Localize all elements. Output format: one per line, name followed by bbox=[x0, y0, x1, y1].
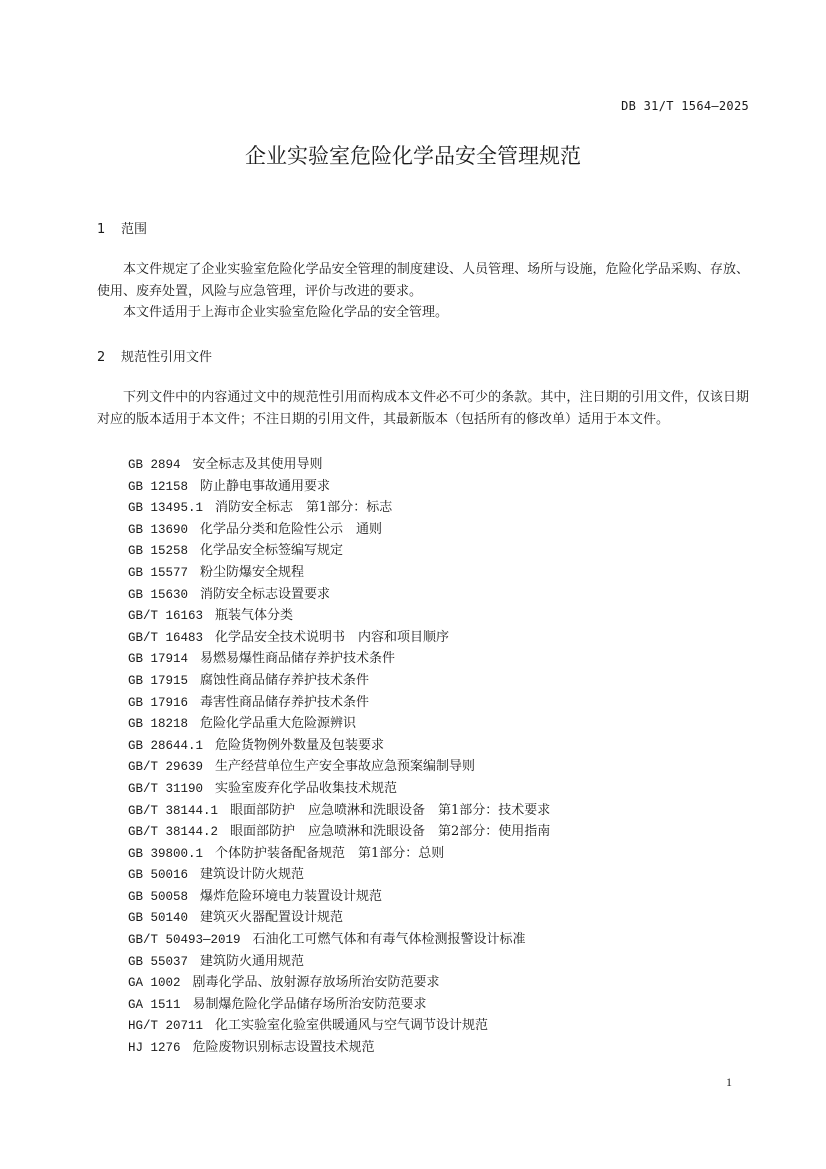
reference-title: 眼面部防护 应急喷淋和洗眼设备 第2部分：使用指南 bbox=[230, 824, 550, 839]
reference-title: 腐蚀性商品储存养护技术条件 bbox=[200, 673, 369, 688]
reference-code: GB 50140 bbox=[128, 911, 188, 925]
reference-code: GB 15630 bbox=[128, 588, 188, 602]
reference-code: GB 50016 bbox=[128, 868, 188, 882]
reference-item: GB 55037建筑防火通用规范 bbox=[128, 951, 550, 973]
reference-code: GB 12158 bbox=[128, 480, 188, 494]
reference-title: 毒害性商品储存养护技术条件 bbox=[200, 695, 369, 710]
reference-item: GB 15577粉尘防爆安全规程 bbox=[128, 562, 550, 584]
reference-code: GB 15577 bbox=[128, 566, 188, 580]
reference-code: GB/T 38144.2 bbox=[128, 825, 218, 839]
reference-item: GB 50058爆炸危险环境电力装置设计规范 bbox=[128, 886, 550, 908]
reference-item: GB 17915腐蚀性商品储存养护技术条件 bbox=[128, 670, 550, 692]
reference-item: GB/T 29639生产经营单位生产安全事故应急预案编制导则 bbox=[128, 756, 550, 778]
reference-title: 易制爆危险化学品储存场所治安防范要求 bbox=[193, 997, 427, 1012]
reference-code: GB 50058 bbox=[128, 890, 188, 904]
reference-item: GA 1511易制爆危险化学品储存场所治安防范要求 bbox=[128, 994, 550, 1016]
reference-title: 防止静电事故通用要求 bbox=[200, 479, 330, 494]
reference-item: GB 2894安全标志及其使用导则 bbox=[128, 454, 550, 476]
reference-item: GB 28644.1危险货物例外数量及包装要求 bbox=[128, 735, 550, 757]
reference-title: 生产经营单位生产安全事故应急预案编制导则 bbox=[215, 759, 475, 774]
reference-item: GB 17916毒害性商品储存养护技术条件 bbox=[128, 692, 550, 714]
section-heading-scope: 1范围 bbox=[97, 218, 147, 237]
scope-paragraph-2: 本文件适用于上海市企业实验室危险化学品的安全管理。 bbox=[97, 302, 749, 324]
reference-title: 剧毒化学品、放射源存放场所治安防范要求 bbox=[193, 975, 440, 990]
reference-item: GB/T 38144.1眼面部防护 应急喷淋和洗眼设备 第1部分：技术要求 bbox=[128, 800, 550, 822]
reference-item: HJ 1276危险废物识别标志设置技术规范 bbox=[128, 1037, 550, 1059]
reference-title: 安全标志及其使用导则 bbox=[193, 457, 323, 472]
reference-title: 化工实验室化验室供暖通风与空气调节设计规范 bbox=[215, 1018, 488, 1033]
reference-code: GB/T 38144.1 bbox=[128, 804, 218, 818]
reference-code: GB 17916 bbox=[128, 696, 188, 710]
section-title: 规范性引用文件 bbox=[121, 350, 212, 365]
reference-title: 危险货物例外数量及包装要求 bbox=[215, 738, 384, 753]
reference-code: GB 18218 bbox=[128, 717, 188, 731]
reference-item: GB/T 38144.2眼面部防护 应急喷淋和洗眼设备 第2部分：使用指南 bbox=[128, 821, 550, 843]
reference-code: GB 13690 bbox=[128, 523, 188, 537]
reference-title: 消防安全标志 第1部分：标志 bbox=[215, 500, 392, 515]
reference-code: GB 55037 bbox=[128, 955, 188, 969]
reference-item: GA 1002剧毒化学品、放射源存放场所治安防范要求 bbox=[128, 972, 550, 994]
reference-title: 化学品安全标签编写规定 bbox=[200, 543, 343, 558]
reference-item: GB/T 31190实验室废弃化学品收集技术规范 bbox=[128, 778, 550, 800]
reference-item: GB 17914易燃易爆性商品储存养护技术条件 bbox=[128, 648, 550, 670]
reference-title: 个体防护装备配备规范 第1部分：总则 bbox=[215, 846, 444, 861]
page-title: 企业实验室危险化学品安全管理规范 bbox=[0, 140, 826, 170]
reference-title: 爆炸危险环境电力装置设计规范 bbox=[200, 889, 382, 904]
reference-code: GB 2894 bbox=[128, 458, 181, 472]
section-number: 2 bbox=[97, 350, 121, 365]
reference-item: GB 39800.1个体防护装备配备规范 第1部分：总则 bbox=[128, 843, 550, 865]
reference-code: GB/T 16163 bbox=[128, 609, 203, 623]
references-intro-paragraph: 下列文件中的内容通过文中的规范性引用而构成本文件必不可少的条款。其中，注日期的引… bbox=[97, 387, 749, 430]
reference-item: GB/T 50493—2019石油化工可燃气体和有毒气体检测报警设计标准 bbox=[128, 929, 550, 951]
reference-title: 化学品安全技术说明书 内容和项目顺序 bbox=[215, 630, 449, 645]
reference-title: 实验室废弃化学品收集技术规范 bbox=[215, 781, 397, 796]
reference-title: 危险废物识别标志设置技术规范 bbox=[193, 1040, 375, 1055]
reference-item: GB 15630消防安全标志设置要求 bbox=[128, 584, 550, 606]
reference-code: HJ 1276 bbox=[128, 1041, 181, 1055]
reference-item: GB/T 16163瓶装气体分类 bbox=[128, 605, 550, 627]
reference-title: 危险化学品重大危险源辨识 bbox=[200, 716, 356, 731]
reference-item: GB 12158防止静电事故通用要求 bbox=[128, 476, 550, 498]
reference-item: GB 50140建筑灭火器配置设计规范 bbox=[128, 907, 550, 929]
reference-code: GB/T 29639 bbox=[128, 760, 203, 774]
document-number: DB 31/T 1564—2025 bbox=[621, 99, 749, 113]
reference-code: GB 15258 bbox=[128, 544, 188, 558]
reference-item: GB 13495.1消防安全标志 第1部分：标志 bbox=[128, 497, 550, 519]
reference-item: GB 13690化学品分类和危险性公示 通则 bbox=[128, 519, 550, 541]
reference-title: 建筑灭火器配置设计规范 bbox=[200, 910, 343, 925]
reference-title: 眼面部防护 应急喷淋和洗眼设备 第1部分：技术要求 bbox=[230, 803, 550, 818]
reference-code: GB 28644.1 bbox=[128, 739, 203, 753]
reference-title: 粉尘防爆安全规程 bbox=[200, 565, 304, 580]
reference-title: 消防安全标志设置要求 bbox=[200, 587, 330, 602]
reference-code: GA 1002 bbox=[128, 976, 181, 990]
reference-title: 化学品分类和危险性公示 通则 bbox=[200, 522, 382, 537]
reference-item: GB/T 16483化学品安全技术说明书 内容和项目顺序 bbox=[128, 627, 550, 649]
reference-item: GB 18218危险化学品重大危险源辨识 bbox=[128, 713, 550, 735]
section-heading-normative-references: 2规范性引用文件 bbox=[97, 346, 212, 365]
reference-code: GB 17914 bbox=[128, 652, 188, 666]
page-number: 1 bbox=[726, 1075, 732, 1090]
reference-title: 易燃易爆性商品储存养护技术条件 bbox=[200, 651, 395, 666]
reference-code: GB/T 16483 bbox=[128, 631, 203, 645]
reference-code: GB 39800.1 bbox=[128, 847, 203, 861]
reference-code: GA 1511 bbox=[128, 998, 181, 1012]
reference-title: 建筑设计防火规范 bbox=[200, 867, 304, 882]
reference-code: GB/T 31190 bbox=[128, 782, 203, 796]
reference-code: HG/T 20711 bbox=[128, 1019, 203, 1033]
reference-title: 石油化工可燃气体和有毒气体检测报警设计标准 bbox=[253, 932, 526, 947]
reference-code: GB 13495.1 bbox=[128, 501, 203, 515]
section-title: 范围 bbox=[121, 222, 147, 237]
reference-code: GB/T 50493—2019 bbox=[128, 933, 241, 947]
reference-item: GB 50016建筑设计防火规范 bbox=[128, 864, 550, 886]
section-number: 1 bbox=[97, 222, 121, 237]
reference-item: HG/T 20711化工实验室化验室供暖通风与空气调节设计规范 bbox=[128, 1015, 550, 1037]
reference-item: GB 15258化学品安全标签编写规定 bbox=[128, 540, 550, 562]
scope-paragraph-1: 本文件规定了企业实验室危险化学品安全管理的制度建设、人员管理、场所与设施，危险化… bbox=[97, 259, 749, 302]
reference-code: GB 17915 bbox=[128, 674, 188, 688]
reference-title: 瓶装气体分类 bbox=[215, 608, 293, 623]
reference-title: 建筑防火通用规范 bbox=[200, 954, 304, 969]
reference-list: GB 2894安全标志及其使用导则 GB 12158防止静电事故通用要求 GB … bbox=[128, 454, 550, 1059]
